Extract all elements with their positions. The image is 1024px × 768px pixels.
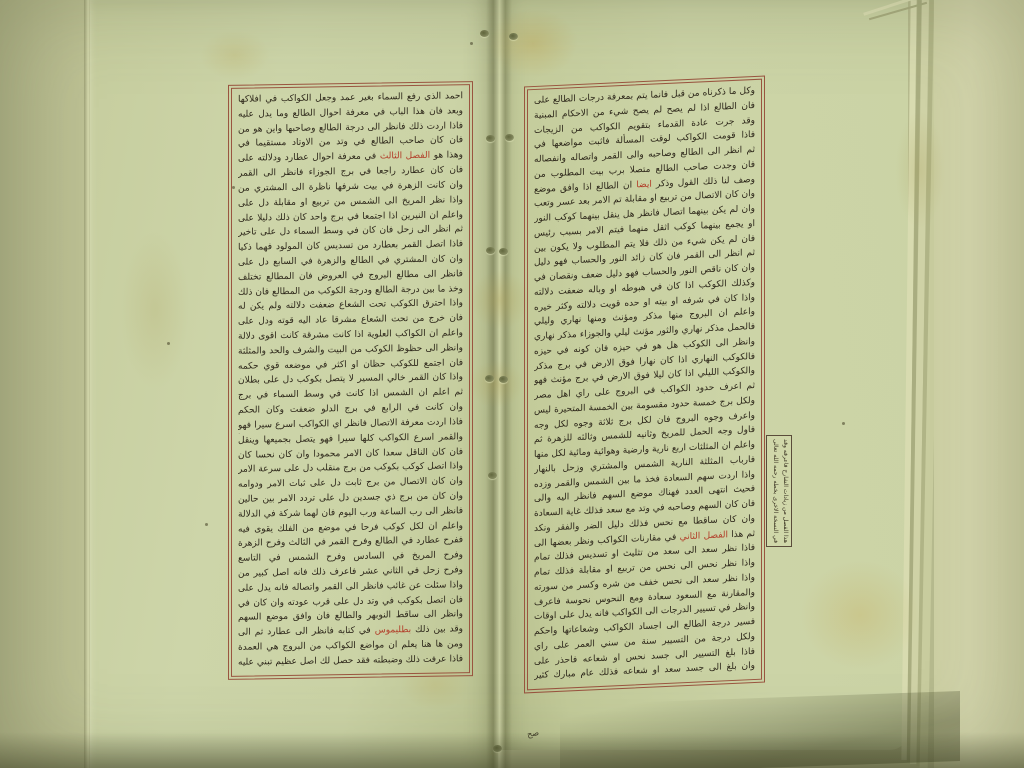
rubricated-word: بطليموس	[375, 625, 411, 636]
manuscript-text-line: فاذا عرفت ذلك وضبطته فقد حصل لك اصل عظيم…	[238, 652, 463, 670]
rubricated-word: الفصل الثالث	[380, 151, 430, 162]
manuscript-text-line: هذا الفصل من زيادات الشارح فاعرفه وقد ذك…	[780, 439, 790, 543]
bottom-edge-shadow	[0, 732, 1024, 768]
manuscript-photo: احمد الذي رفع السماء بغير عمد وجعل الكوا…	[0, 0, 1024, 768]
right-text-block: وكل ما ذكرناه من قبل فانما يتم بمعرفة در…	[527, 79, 762, 691]
binding-hole	[485, 375, 494, 382]
background-surface	[934, 0, 1024, 768]
marginal-note: هذا الفصل من زيادات الشارح فاعرفه وقد ذك…	[766, 435, 792, 547]
binding-hole	[499, 248, 508, 255]
binding-hole	[488, 472, 497, 479]
ink-speck	[205, 523, 208, 526]
binding-hole	[505, 134, 514, 141]
binding-hole	[486, 135, 495, 142]
manuscript-text-line: في النسخة الاخرى بخطه رحمه الله تعالى	[770, 439, 780, 543]
binding-hole	[499, 376, 508, 383]
binding-hole	[480, 30, 489, 37]
binding-gutter	[486, 0, 512, 768]
underlying-page-edge	[0, 0, 88, 768]
binding-hole	[509, 33, 518, 40]
rubricated-word: ايضا	[636, 179, 652, 190]
binding-hole	[486, 247, 495, 254]
left-text-block: احمد الذي رفع السماء بغير عمد وجعل الكوا…	[231, 84, 470, 677]
ink-speck	[842, 422, 845, 425]
ink-speck	[470, 42, 473, 45]
rubricated-word: الفصل الثاني	[680, 530, 728, 542]
ink-speck	[167, 342, 170, 345]
